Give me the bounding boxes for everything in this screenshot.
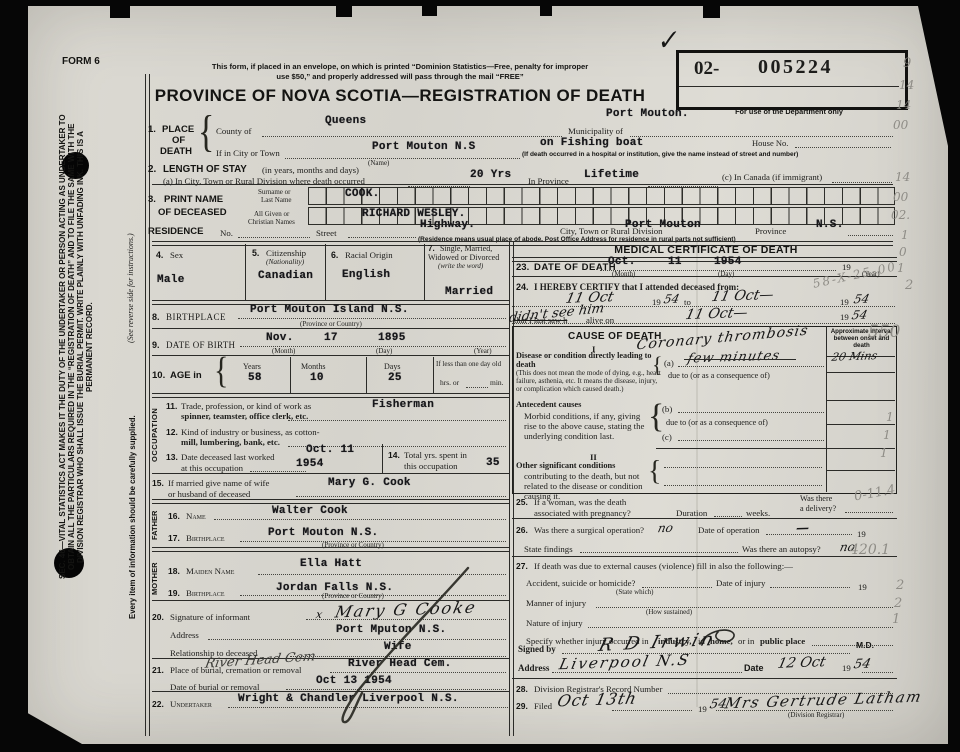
residence-no-label: No. bbox=[220, 228, 233, 238]
rule bbox=[325, 244, 326, 300]
birthplace-label: BIRTHPLACE bbox=[166, 312, 226, 322]
pencil-note: 1 bbox=[901, 228, 909, 242]
pencil-note: 9 bbox=[903, 56, 911, 71]
state-which-note: (State which) bbox=[616, 588, 654, 596]
antecedent-label: Antecedent causes bbox=[516, 400, 581, 409]
brace: { bbox=[648, 458, 661, 486]
s9-num: 9. bbox=[152, 340, 160, 350]
brace: { bbox=[652, 354, 663, 376]
residence-label: RESIDENCE bbox=[148, 226, 203, 237]
canada-stay-label: (c) In Canada (if immigrant) bbox=[722, 172, 822, 182]
scan-artifact bbox=[422, 6, 437, 16]
pencil-note: 550 bbox=[868, 322, 900, 342]
birthplace-sub: (Province or Country) bbox=[300, 320, 362, 328]
racial-origin-label: Racial Origin bbox=[345, 250, 393, 260]
due-to-label: due to (or as a consequence of) bbox=[668, 371, 770, 380]
attended-to-value: 11 Oct— bbox=[710, 287, 775, 305]
how-sustained-note: (How sustained) bbox=[646, 608, 692, 616]
cause-a-label: (a) bbox=[664, 358, 674, 368]
pencil-note: 00 bbox=[893, 190, 908, 204]
rule bbox=[382, 444, 383, 473]
mail-notice-line2: use $50,” and properly addressed will pa… bbox=[150, 72, 650, 81]
rule bbox=[512, 518, 897, 519]
pencil-note: 0 bbox=[899, 245, 907, 259]
signed-y19: 19 bbox=[842, 663, 851, 673]
rule bbox=[656, 448, 895, 449]
street-label: Street bbox=[316, 228, 337, 238]
municipality-label: Municipality of bbox=[568, 126, 623, 136]
rule bbox=[826, 372, 895, 373]
rule bbox=[826, 424, 895, 425]
province-label: Province bbox=[755, 226, 786, 236]
morbid-line2: rise to the above cause, stating the bbox=[524, 421, 644, 431]
last-worked-value: Oct. 11 bbox=[306, 444, 354, 456]
s8-num: 8. bbox=[152, 312, 160, 322]
rule bbox=[512, 556, 897, 557]
other-line3: related to the disease or condition bbox=[524, 481, 642, 491]
dotted-line bbox=[612, 709, 692, 711]
sex-label: Sex bbox=[170, 250, 183, 260]
death-month-value: Oct. bbox=[608, 256, 636, 268]
marital-label: Single, Married, bbox=[440, 244, 492, 253]
pencil-note: 1 bbox=[883, 428, 891, 442]
age-label: AGE in bbox=[170, 370, 202, 381]
racial-origin-value: English bbox=[342, 269, 390, 281]
delivery-line2: a delivery? bbox=[800, 504, 836, 513]
dob-sub-year: (Year) bbox=[474, 347, 492, 355]
citizenship-value: Canadian bbox=[258, 270, 313, 282]
scanned-death-registration-document: FORM 6 This form, if placed in an envelo… bbox=[0, 0, 960, 752]
filed-label: Filed bbox=[534, 701, 552, 711]
s1-label: DEATH bbox=[160, 146, 192, 157]
rule bbox=[366, 357, 367, 393]
dotted-line bbox=[214, 518, 506, 520]
scan-artifact bbox=[110, 6, 130, 18]
dotted-line bbox=[238, 236, 310, 238]
rule bbox=[152, 328, 509, 329]
reverse-side-note: (See reverse side for instructions.) bbox=[126, 166, 138, 411]
rule bbox=[152, 184, 893, 185]
s5-num: 5. bbox=[252, 248, 259, 258]
age-days-value: 25 bbox=[388, 372, 402, 384]
rule bbox=[433, 357, 434, 393]
rule bbox=[826, 326, 827, 492]
signed-date-value: 12 Oct bbox=[776, 654, 827, 672]
dotted-line bbox=[296, 495, 506, 497]
dotted-line bbox=[250, 470, 306, 472]
rule bbox=[152, 499, 509, 504]
s11-num: 11. bbox=[166, 401, 177, 411]
scan-artifact bbox=[336, 6, 352, 17]
name-note: (Name) bbox=[368, 159, 389, 167]
division-registrar-sub: (Division Registrar) bbox=[788, 711, 844, 719]
s7-num: 7. bbox=[428, 244, 435, 253]
age-days-label: Days bbox=[384, 362, 400, 371]
s4-num: 4. bbox=[156, 250, 163, 260]
dotted-line bbox=[630, 135, 893, 137]
stay-city-value: 20 Yrs bbox=[470, 169, 511, 181]
injury-y19: 19 bbox=[858, 582, 867, 592]
checkmark-swoosh bbox=[295, 550, 495, 735]
s2-sub: (in years, months and days) bbox=[262, 165, 359, 175]
dotted-line bbox=[848, 234, 893, 236]
rule bbox=[512, 257, 897, 262]
pencil-note: 1 bbox=[892, 612, 900, 627]
scan-artifact bbox=[703, 6, 720, 18]
occupation-vertical-label: OCCUPATION bbox=[150, 397, 161, 473]
registration-number: 005224 bbox=[758, 56, 833, 79]
filed-date-value: Oct 13th bbox=[556, 689, 639, 711]
s18-num: 18. bbox=[168, 566, 180, 576]
pregnancy-line1: If a woman, was the death bbox=[534, 497, 626, 507]
s3-label: PRINT NAME bbox=[164, 194, 223, 205]
dob-sub-day: (Day) bbox=[376, 347, 392, 355]
informant-label: Signature of informant bbox=[170, 612, 250, 622]
surname-label: Surname or bbox=[258, 188, 290, 196]
brace: { bbox=[198, 111, 214, 155]
pencil-note: 14 bbox=[899, 78, 914, 92]
filed-y19: 19 bbox=[698, 704, 707, 714]
rule bbox=[512, 678, 897, 679]
surname-value: COOK. bbox=[345, 188, 380, 200]
strike-stroke bbox=[684, 359, 796, 360]
brace: { bbox=[214, 352, 228, 390]
morbid-line1: Morbid conditions, if any, giving bbox=[524, 411, 640, 421]
s22-num: 22. bbox=[152, 699, 164, 709]
pencil-note: 2 bbox=[896, 578, 904, 593]
cause-b-label: (b) bbox=[662, 404, 672, 414]
form-number-label: FORM 6 bbox=[62, 56, 100, 67]
delivery-line1: Was there bbox=[800, 494, 832, 503]
pencil-note: 2 bbox=[894, 596, 902, 611]
pencil-note: 14 bbox=[895, 170, 910, 184]
stamp-prefix: 02- bbox=[694, 58, 719, 80]
s3-label: OF DECEASED bbox=[158, 207, 227, 218]
s15-label: If married give name of wife bbox=[168, 478, 269, 488]
signed-by-label: Signed by bbox=[518, 644, 556, 654]
street-value: Highway. bbox=[420, 219, 475, 231]
father-birthplace-label: Birthplace bbox=[186, 533, 225, 543]
s29-num: 29. bbox=[516, 701, 528, 711]
birthplace-value: Port Mouton Island N.S. bbox=[250, 304, 409, 316]
operation-value: no bbox=[656, 521, 674, 536]
pencil-note: 02. bbox=[891, 208, 910, 222]
s14-num: 14. bbox=[388, 450, 400, 460]
dotted-line bbox=[795, 146, 891, 148]
death-date-label: DATE OF DEATH bbox=[534, 262, 616, 273]
age-hrs-label: hrs. or bbox=[440, 378, 459, 387]
s2-num: 2. bbox=[148, 164, 156, 175]
manner-label: Manner of injury bbox=[526, 598, 586, 608]
dotted-line bbox=[285, 157, 520, 159]
s10-num: 10. bbox=[152, 370, 165, 381]
page-title: PROVINCE OF NOVA SCOTIA—REGISTRATION OF … bbox=[140, 86, 660, 106]
scan-artifact bbox=[540, 6, 552, 16]
cause-lead-label: Disease or condition directly leading to… bbox=[516, 352, 662, 370]
mother-birthplace-label: Birthplace bbox=[186, 588, 225, 598]
duration-label: Duration bbox=[676, 508, 707, 518]
dotted-line bbox=[238, 317, 506, 319]
signed-date-label: Date bbox=[744, 663, 764, 673]
informant-address-label: Address bbox=[170, 630, 199, 640]
province-value: N.S. bbox=[816, 219, 844, 231]
operation-label: Was there a surgical operation? bbox=[534, 525, 644, 535]
s16-num: 16. bbox=[168, 511, 180, 521]
rule bbox=[245, 244, 246, 300]
death-year-value: 1954 bbox=[714, 256, 742, 268]
nature-label: Nature of injury bbox=[526, 618, 583, 628]
operation-y19: 19 bbox=[857, 529, 866, 539]
medical-certificate-title: MEDICAL CERTIFICATE OF DEATH bbox=[515, 244, 897, 256]
md-label: M.D. bbox=[856, 640, 874, 650]
father-name-label: Name bbox=[186, 511, 206, 521]
s23-num: 23. bbox=[516, 262, 529, 273]
s20-num: 20. bbox=[152, 612, 164, 622]
city-label: If in City or Town bbox=[216, 148, 280, 158]
weeks-label: weeks. bbox=[746, 508, 770, 518]
findings-label: State findings bbox=[524, 544, 573, 554]
physician-address-label: Address bbox=[518, 663, 549, 673]
pencil-note: 2 bbox=[905, 278, 913, 293]
age-min-label: min. bbox=[490, 378, 504, 387]
s1-label: PLACE bbox=[162, 124, 194, 135]
s2-label: LENGTH OF STAY bbox=[163, 164, 247, 175]
surname-grid bbox=[308, 187, 895, 205]
s15-label2: or husband of deceased bbox=[168, 489, 250, 499]
s12-label: Kind of industry or business, as cotton- bbox=[181, 427, 320, 437]
surname-label: Last Name bbox=[261, 196, 292, 204]
dotted-line bbox=[664, 484, 822, 486]
pencil-note: 1 bbox=[886, 410, 894, 424]
age-years-value: 58 bbox=[248, 372, 262, 384]
cause-c-label: (c) bbox=[662, 432, 672, 442]
morbid-line3: underlying condition last. bbox=[524, 431, 614, 441]
s21-num: 21. bbox=[152, 665, 164, 675]
citizenship-sub: (Nationality) bbox=[266, 257, 304, 266]
mother-vertical-label: MOTHER bbox=[150, 551, 161, 607]
s3-num: 3. bbox=[148, 194, 156, 205]
given-label: All Given or bbox=[254, 210, 289, 218]
dob-sub-month: (Month) bbox=[272, 347, 295, 355]
accident-label: Accident, suicide or homicide? bbox=[526, 578, 635, 588]
rule bbox=[152, 355, 509, 356]
pencil-note: 420.1 bbox=[850, 542, 890, 558]
spouse-value: Mary G. Cook bbox=[328, 477, 411, 489]
statute-side-note: SEC. 46—VITAL STATISTICS ACT MAKES IT TH… bbox=[58, 106, 112, 588]
certify-label: I HEREBY CERTIFY that I attended decease… bbox=[534, 282, 739, 292]
rule bbox=[826, 400, 895, 401]
dob-year: 1895 bbox=[378, 332, 406, 344]
s24-num: 24. bbox=[516, 282, 529, 292]
house-no-label: House No. bbox=[752, 138, 788, 148]
age-years-label: Years bbox=[243, 362, 261, 371]
age-months-label: Months bbox=[301, 362, 325, 371]
rule bbox=[679, 86, 899, 87]
father-birthplace-value: Port Mouton N.S. bbox=[268, 527, 378, 539]
years-occupation-value: 35 bbox=[486, 457, 500, 469]
dotted-line bbox=[714, 515, 742, 517]
rule bbox=[290, 357, 291, 393]
dotted-line bbox=[580, 551, 738, 553]
interval-a-value: 20 Mins bbox=[830, 349, 878, 364]
s13-num: 13. bbox=[166, 452, 178, 462]
city-value: Port Mouton N.S bbox=[372, 141, 476, 153]
dotted-line bbox=[466, 386, 488, 388]
father-name-value: Walter Cook bbox=[272, 505, 348, 517]
s13-label: Date deceased last worked bbox=[181, 452, 275, 462]
dotted-line bbox=[664, 466, 822, 468]
s28-num: 28. bbox=[516, 684, 528, 694]
dob-label: DATE OF BIRTH bbox=[166, 340, 235, 350]
province-stay-value: Lifetime bbox=[584, 169, 639, 181]
mail-notice-line1: This form, if placed in an envelope, on … bbox=[150, 62, 650, 71]
rule bbox=[152, 473, 509, 474]
dotted-line bbox=[678, 411, 824, 413]
s26-num: 26. bbox=[516, 525, 528, 535]
pregnancy-line2: associated with pregnancy? bbox=[534, 508, 631, 518]
occupation-value: Fisherman bbox=[372, 399, 434, 411]
age-months-value: 10 bbox=[310, 372, 324, 384]
dotted-line bbox=[262, 135, 562, 137]
yc: 54 bbox=[850, 308, 868, 323]
s27-num: 27. bbox=[516, 561, 528, 571]
care-side-note: Every item of information should be care… bbox=[128, 398, 140, 636]
dotted-line bbox=[288, 419, 506, 421]
sex-value: Male bbox=[157, 274, 185, 286]
specify-public: public place bbox=[760, 636, 805, 646]
operation-date-label: Date of operation bbox=[698, 525, 760, 535]
pencil-note: 1 bbox=[880, 446, 888, 460]
s17-num: 17. bbox=[168, 533, 180, 543]
dob-day: 17 bbox=[324, 332, 338, 344]
dotted-line bbox=[512, 322, 895, 324]
s13-label2: at this occupation bbox=[181, 463, 243, 473]
age-less-label: If less than one day old bbox=[436, 360, 501, 368]
other-line2: contributing to the death, but not bbox=[524, 471, 639, 481]
father-vertical-label: FATHER bbox=[150, 503, 161, 548]
dotted-line bbox=[678, 439, 824, 441]
dotted-line bbox=[862, 671, 893, 673]
dotted-line bbox=[678, 365, 824, 367]
signed-yy: 54 bbox=[852, 657, 872, 673]
s14-label2: this occupation bbox=[404, 461, 458, 471]
s12-label2: mill, lumbering, bank, etc. bbox=[181, 437, 280, 447]
marital-value: Married bbox=[445, 286, 493, 298]
dotted-line bbox=[596, 606, 893, 608]
hospital-note: (If death occurred in a hospital or inst… bbox=[522, 151, 798, 158]
dotted-line bbox=[832, 181, 892, 183]
municipality-value: Port Mouton. bbox=[606, 108, 689, 120]
county-label: County of bbox=[216, 126, 251, 136]
rule bbox=[826, 470, 895, 471]
dotted-line bbox=[845, 511, 893, 513]
s15-num: 15. bbox=[152, 478, 164, 488]
pencil-note: 00 bbox=[893, 118, 908, 132]
stamp-caption: For use of the Department only bbox=[676, 107, 902, 116]
s25-num: 25. bbox=[516, 497, 528, 507]
s12-num: 12. bbox=[166, 427, 178, 437]
external-label: If death was due to external causes (vio… bbox=[534, 561, 793, 571]
rule bbox=[152, 393, 509, 398]
undertaker-label: Undertaker bbox=[170, 699, 212, 709]
y19c: 19 bbox=[840, 312, 849, 322]
pencil-note: 14 bbox=[896, 98, 911, 112]
county-value: Queens bbox=[325, 115, 366, 127]
s1-label: OF bbox=[172, 135, 185, 146]
cause-paren-note: (This does not mean the mode of dying, e… bbox=[516, 370, 664, 393]
marital-sub: (write the word) bbox=[438, 262, 483, 270]
s1-num: 1. bbox=[148, 124, 156, 135]
dotted-line bbox=[348, 236, 416, 238]
dob-month: Nov. bbox=[266, 332, 294, 344]
dotted-line bbox=[812, 644, 893, 646]
s19-num: 19. bbox=[168, 588, 180, 598]
due-to-label2: due to (or as a consequence of) bbox=[666, 418, 768, 427]
other-line1: Other significant conditions bbox=[516, 461, 615, 470]
s11-label: Trade, profession, or kind of work as bbox=[181, 401, 311, 411]
place-detail-value: on Fishing boat bbox=[540, 137, 644, 149]
maiden-name-label: Maiden Name bbox=[186, 566, 234, 576]
death-day-value: 11 bbox=[668, 256, 682, 268]
division-value: Port Mouton bbox=[625, 219, 701, 231]
autopsy-label: Was there an autopsy? bbox=[742, 544, 821, 554]
s14-label: Total yrs. spent in bbox=[404, 450, 467, 460]
injury-date-label: Date of injury bbox=[716, 578, 765, 588]
alive-on-value: 11 Oct— bbox=[684, 305, 749, 323]
dotted-line bbox=[770, 586, 850, 588]
last-worked-year: 1954 bbox=[296, 458, 324, 470]
marital-label: Widowed or Divorced bbox=[428, 253, 499, 262]
given-label: Christian Names bbox=[248, 218, 295, 226]
rule bbox=[424, 244, 425, 300]
s6-num: 6. bbox=[331, 250, 338, 260]
dotted-line bbox=[766, 533, 852, 535]
